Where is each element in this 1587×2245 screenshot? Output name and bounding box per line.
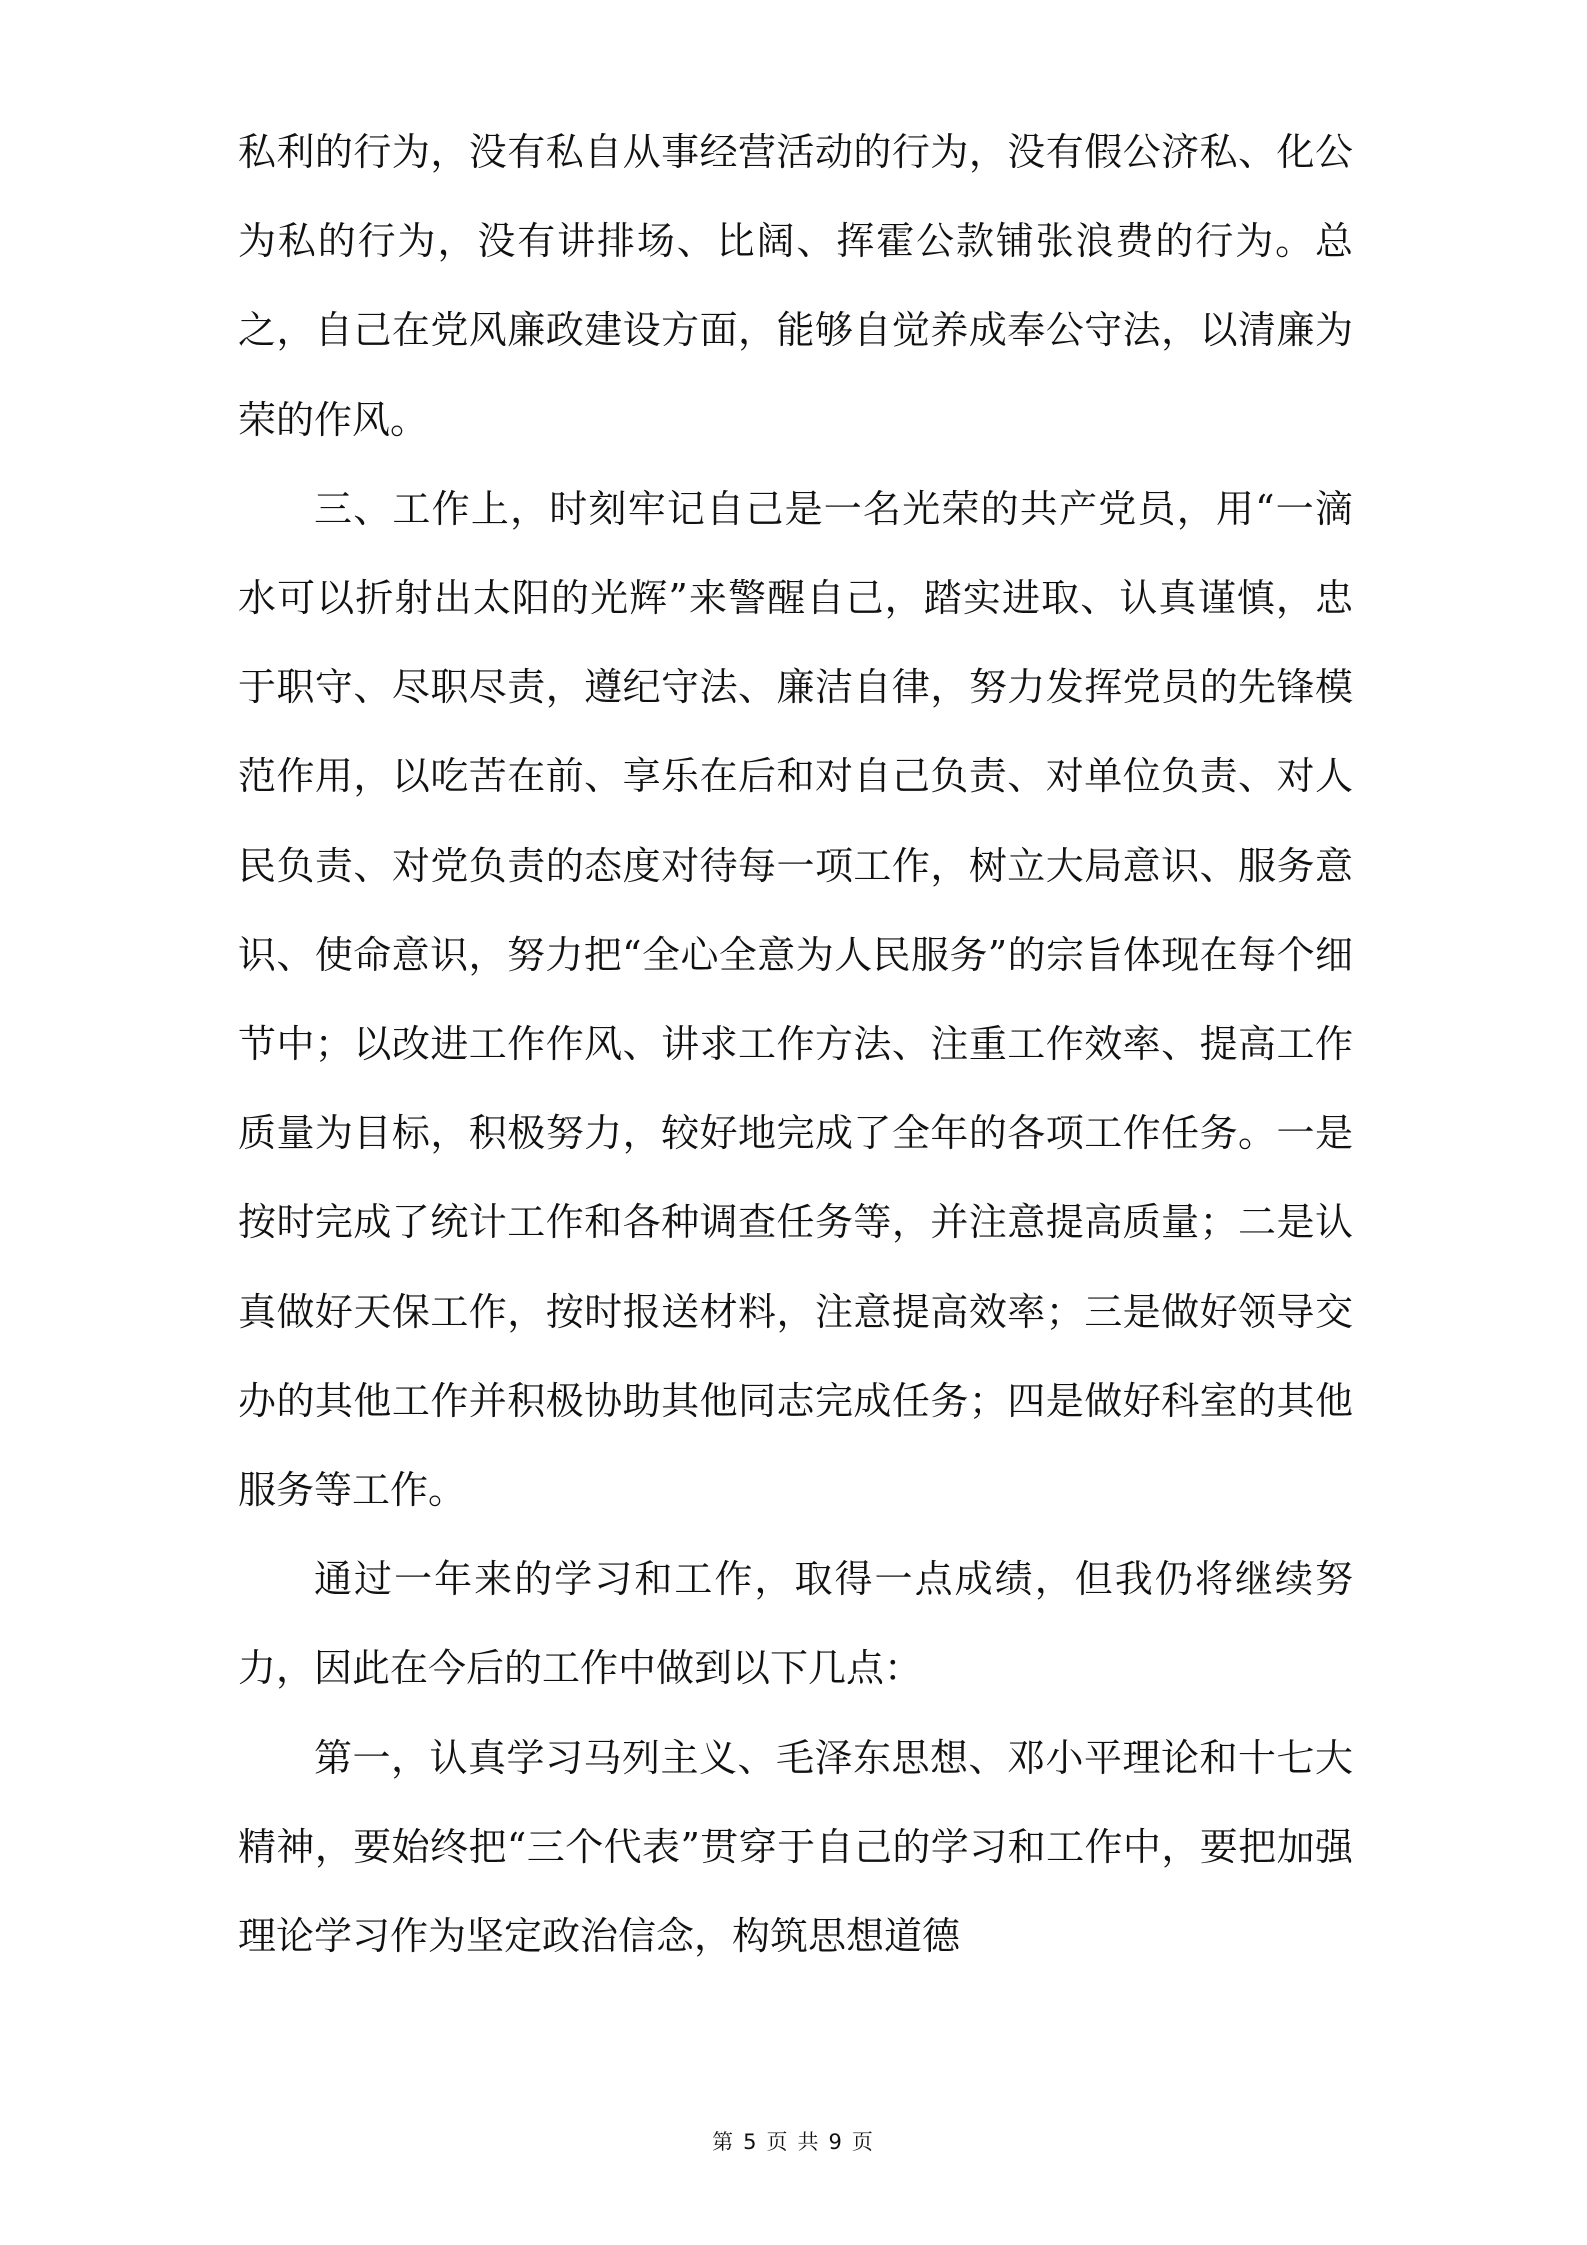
document-page: 私利的行为，没有私自从事经营活动的行为，没有假公济私、化公为私的行为，没有讲排场…: [0, 0, 1587, 2245]
document-body: 私利的行为，没有私自从事经营活动的行为，没有假公济私、化公为私的行为，没有讲排场…: [238, 108, 1353, 1981]
paragraph-continued: 私利的行为，没有私自从事经营活动的行为，没有假公济私、化公为私的行为，没有讲排场…: [238, 108, 1353, 465]
paragraph-work: 三、工作上，时刻牢记自己是一名光荣的共产党员，用“一滴水可以折射出太阳的光辉”来…: [238, 465, 1353, 1535]
footer-page-word-2: 页: [852, 2130, 875, 2154]
footer-prefix: 第: [712, 2130, 735, 2154]
current-page-number: 5: [743, 2130, 758, 2154]
footer-total-prefix: 共: [798, 2130, 821, 2154]
page-footer: 第5页共9页: [0, 2126, 1587, 2156]
paragraph-summary: 通过一年来的学习和工作，取得一点成绩，但我仍将继续努力，因此在今后的工作中做到以…: [238, 1535, 1353, 1713]
total-page-count: 9: [829, 2130, 844, 2154]
paragraph-first-point: 第一，认真学习马列主义、毛泽东思想、邓小平理论和十七大精神，要始终把“三个代表”…: [238, 1714, 1353, 1982]
footer-page-word: 页: [767, 2130, 790, 2154]
